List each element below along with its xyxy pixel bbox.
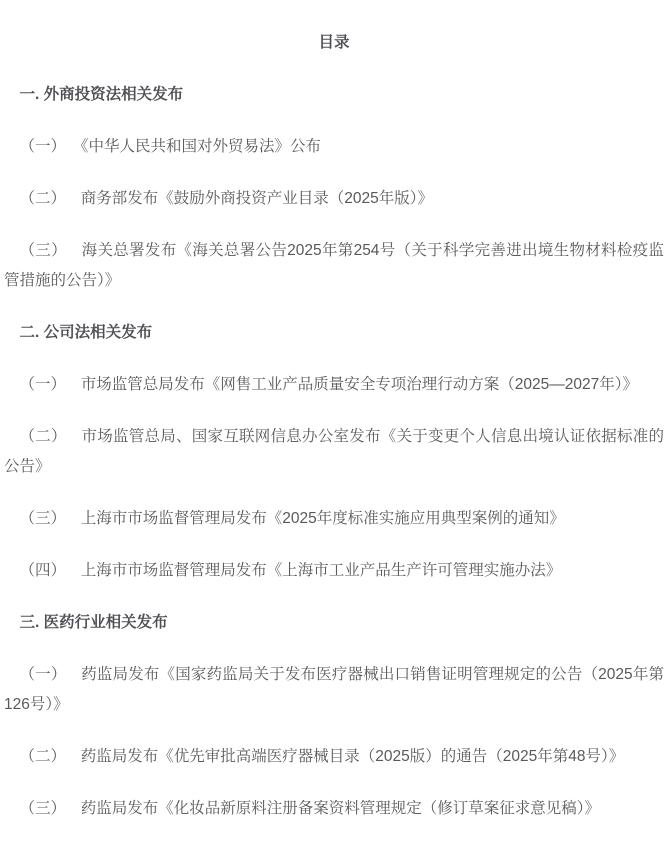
item-text: 药监局发布《优先审批高端医疗器械目录（2025版）的通告（2025年第48号）》: [81, 748, 624, 765]
toc-item: （三）海关总署发布《海关总署公告2025年第254号（关于科学完善进出境生物材料…: [4, 236, 664, 296]
document-body: 目录 一. 外商投资法相关发布 （一）《中华人民共和国对外贸易法》公布 （二）商…: [0, 0, 669, 856]
section-heading-1: 一. 外商投资法相关发布: [4, 80, 664, 110]
item-number: （三）: [20, 242, 67, 259]
document-title: 目录: [4, 28, 664, 58]
item-number: （四）: [20, 562, 67, 579]
item-number: （三）: [20, 510, 67, 527]
toc-item: （一）《中华人民共和国对外贸易法》公布: [4, 132, 664, 162]
toc-item: （二）药监局发布《优先审批高端医疗器械目录（2025版）的通告（2025年第48…: [4, 742, 664, 772]
section-heading-2: 二. 公司法相关发布: [4, 318, 664, 348]
toc-item: （一）市场监管总局发布《网售工业产品质量安全专项治理行动方案（2025—2027…: [4, 370, 664, 400]
item-text: 上海市市场监督管理局发布《上海市工业产品生产许可管理实施办法》: [81, 562, 562, 579]
item-number: （二）: [20, 190, 67, 207]
toc-item: （三）药监局发布《化妆品新原料注册备案资料管理规定（修订草案征求意见稿）》: [4, 794, 664, 824]
item-text: 市场监管总局发布《网售工业产品质量安全专项治理行动方案（2025—2027年）》: [81, 376, 638, 393]
item-text: 商务部发布《鼓励外商投资产业目录（2025年版）》: [81, 190, 433, 207]
item-number: （一）: [20, 666, 67, 683]
item-text: 《中华人民共和国对外贸易法》公布: [81, 138, 321, 155]
item-text: 市场监管总局、国家互联网信息办公室发布《关于变更个人信息出境认证依据标准的公告》: [4, 428, 664, 475]
item-number: （二）: [20, 428, 67, 445]
item-text: 上海市市场监督管理局发布《2025年度标准实施应用典型案例的通知》: [81, 510, 565, 527]
item-text: 药监局发布《国家药监局关于发布医疗器械出口销售证明管理规定的公告（2025年第1…: [4, 666, 664, 713]
toc-item: （三）上海市市场监督管理局发布《2025年度标准实施应用典型案例的通知》: [4, 504, 664, 534]
toc-item: （二）市场监管总局、国家互联网信息办公室发布《关于变更个人信息出境认证依据标准的…: [4, 422, 664, 482]
item-text: 海关总署发布《海关总署公告2025年第254号（关于科学完善进出境生物材料检疫监…: [4, 242, 664, 289]
item-number: （三）: [20, 800, 67, 817]
item-number: （二）: [20, 748, 67, 765]
section-heading-3: 三. 医药行业相关发布: [4, 608, 664, 638]
item-number: （一）: [20, 138, 67, 155]
toc-item: （一）药监局发布《国家药监局关于发布医疗器械出口销售证明管理规定的公告（2025…: [4, 660, 664, 720]
item-text: 药监局发布《化妆品新原料注册备案资料管理规定（修订草案征求意见稿）》: [81, 800, 600, 817]
toc-item: （四）上海市市场监督管理局发布《上海市工业产品生产许可管理实施办法》: [4, 556, 664, 586]
item-number: （一）: [20, 376, 67, 393]
toc-item: （二）商务部发布《鼓励外商投资产业目录（2025年版）》: [4, 184, 664, 214]
